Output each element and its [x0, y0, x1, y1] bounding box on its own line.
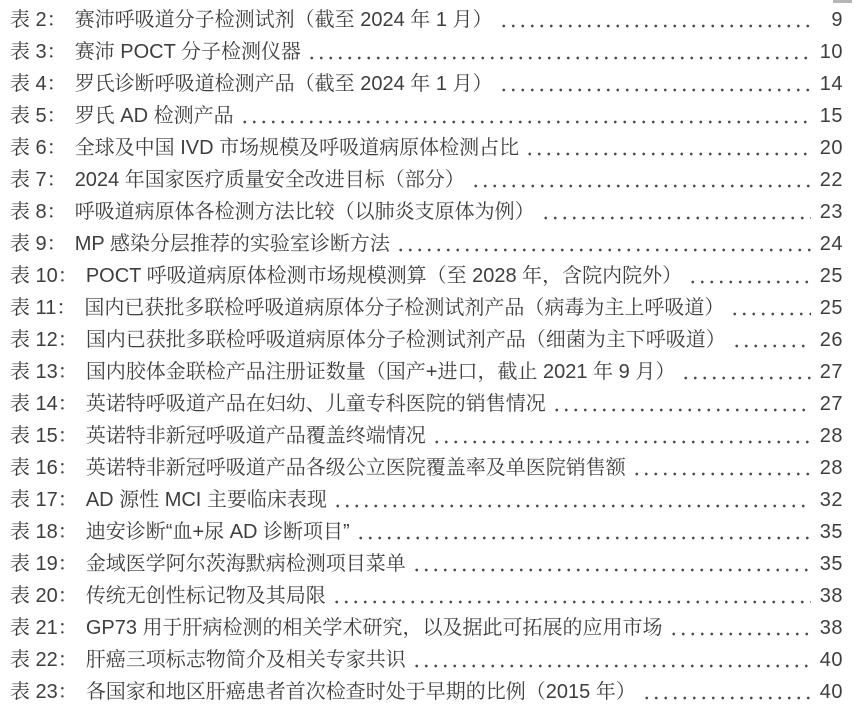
toc-entry[interactable]: 表 16： 英诺特非新冠呼吸道产品各级公立医院覆盖率及单医院销售额 28	[10, 452, 843, 484]
toc-entry-label: 表 23：	[10, 676, 78, 708]
toc-entry-label: 表 22：	[10, 644, 78, 676]
toc-entry-label: 表 12：	[10, 324, 78, 356]
toc-entry-label: 表 14：	[10, 388, 78, 420]
toc-entry[interactable]: 表 18： 迪安诊断“血+尿 AD 诊断项目” 35	[10, 516, 843, 548]
toc-entry-title: 2024 年国家医疗质量安全改进目标（部分）	[75, 164, 465, 196]
toc-entry-page: 14	[819, 68, 843, 100]
toc-entry-label: 表 20：	[10, 580, 78, 612]
toc-entry-page: 28	[819, 452, 843, 484]
toc-entry-title: 金域医学阿尔茨海默病检测项目菜单	[86, 548, 406, 580]
dot-leader	[240, 100, 811, 132]
toc-entry[interactable]: 表 19： 金域医学阿尔茨海默病检测项目菜单 35	[10, 548, 843, 580]
dot-leader	[333, 484, 811, 516]
toc-entry-page: 25	[819, 260, 843, 292]
toc-entry-page: 25	[819, 292, 843, 324]
toc-entry-label: 表 6：	[10, 132, 67, 164]
toc-entry-title: 英诺特非新冠呼吸道产品覆盖终端情况	[86, 420, 426, 452]
toc-entry-label: 表 18：	[10, 516, 78, 548]
dot-leader	[525, 132, 811, 164]
table-of-contents-list: 表 2： 赛沛呼吸道分子检测试剂（截至 2024 年 1 月） 9 表 3： 赛…	[10, 4, 843, 708]
toc-entry[interactable]: 表 20： 传统无创性标记物及其局限 38	[10, 580, 843, 612]
dot-leader	[688, 260, 811, 292]
toc-entry-label: 表 15：	[10, 420, 78, 452]
toc-entry-title: 肝癌三项标志物简介及相关专家共识	[86, 644, 406, 676]
toc-entry-title: GP73 用于肝病检测的相关学术研究，以及据此可拓展的应用市场	[86, 612, 663, 644]
toc-entry-title: 传统无创性标记物及其局限	[86, 580, 326, 612]
dot-leader	[552, 388, 811, 420]
dot-leader	[412, 644, 811, 676]
toc-entry[interactable]: 表 10： POCT 呼吸道病原体检测市场规模测算（至 2028 年，含院内院外…	[10, 260, 843, 292]
dot-leader	[396, 228, 811, 260]
dot-leader	[307, 36, 811, 68]
toc-entry-page: 38	[819, 612, 843, 644]
toc-entry-title: 国内胶体金联检产品注册证数量（国产+进口，截止 2021 年 9 月）	[86, 356, 676, 388]
dot-leader	[642, 676, 811, 708]
toc-entry-title: 罗氏 AD 检测产品	[75, 100, 234, 132]
dot-leader	[471, 164, 811, 196]
dot-leader	[732, 324, 811, 356]
toc-entry-label: 表 11：	[10, 292, 76, 324]
toc-entry-page: 26	[819, 324, 843, 356]
toc-entry-label: 表 21：	[10, 612, 78, 644]
toc-entry-title: AD 源性 MCI 主要临床表现	[86, 484, 327, 516]
scrollbar-thumb[interactable]	[833, 0, 852, 3]
toc-entry-page: 23	[819, 196, 843, 228]
toc-entry-title: 罗氏诊断呼吸道检测产品（截至 2024 年 1 月）	[75, 68, 493, 100]
toc-entry[interactable]: 表 11： 国内已获批多联检呼吸道病原体分子检测试剂产品（病毒为主上呼吸道） 2…	[10, 292, 843, 324]
toc-entry-label: 表 16：	[10, 452, 78, 484]
dot-leader	[412, 548, 811, 580]
toc-entry[interactable]: 表 5： 罗氏 AD 检测产品 15	[10, 100, 843, 132]
dot-leader	[541, 196, 811, 228]
toc-entry-page: 9	[819, 4, 843, 36]
toc-entry-label: 表 17：	[10, 484, 78, 516]
toc-entry[interactable]: 表 13： 国内胶体金联检产品注册证数量（国产+进口，截止 2021 年 9 月…	[10, 356, 843, 388]
toc-entry-page: 35	[819, 548, 843, 580]
toc-entry-page: 28	[819, 420, 843, 452]
toc-entry-label: 表 2：	[10, 4, 67, 36]
toc-entry-label: 表 8：	[10, 196, 67, 228]
dot-leader	[681, 356, 811, 388]
toc-entry-title: MP 感染分层推荐的实验室诊断方法	[75, 228, 390, 260]
toc-entry[interactable]: 表 4： 罗氏诊断呼吸道检测产品（截至 2024 年 1 月） 14	[10, 68, 843, 100]
dot-leader	[356, 516, 811, 548]
toc-entry-page: 40	[819, 676, 843, 708]
toc-entry-title: 呼吸道病原体各检测方法比较（以肺炎支原体为例）	[75, 196, 535, 228]
dot-leader	[730, 292, 811, 324]
toc-entry-page: 10	[819, 36, 843, 68]
toc-entry-page: 32	[819, 484, 843, 516]
toc-entry-label: 表 7：	[10, 164, 67, 196]
toc-entry[interactable]: 表 17： AD 源性 MCI 主要临床表现 32	[10, 484, 843, 516]
dot-leader	[332, 580, 811, 612]
toc-entry[interactable]: 表 9： MP 感染分层推荐的实验室诊断方法 24	[10, 228, 843, 260]
toc-entry-label: 表 19：	[10, 548, 78, 580]
toc-entry-page: 35	[819, 516, 843, 548]
toc-entry-page: 22	[819, 164, 843, 196]
toc-entry[interactable]: 表 22： 肝癌三项标志物简介及相关专家共识 40	[10, 644, 843, 676]
toc-entry[interactable]: 表 8： 呼吸道病原体各检测方法比较（以肺炎支原体为例） 23	[10, 196, 843, 228]
dot-leader	[669, 612, 811, 644]
toc-entry-page: 27	[819, 388, 843, 420]
toc-entry-page: 20	[819, 132, 843, 164]
toc-entry-label: 表 5：	[10, 100, 67, 132]
toc-entry[interactable]: 表 23： 各国家和地区肝癌患者首次检查时处于早期的比例（2015 年） 40	[10, 676, 843, 708]
toc-entry[interactable]: 表 15： 英诺特非新冠呼吸道产品覆盖终端情况 28	[10, 420, 843, 452]
toc-entry-title: POCT 呼吸道病原体检测市场规模测算（至 2028 年，含院内院外）	[86, 260, 682, 292]
toc-entry-title: 各国家和地区肝癌患者首次检查时处于早期的比例（2015 年）	[86, 676, 636, 708]
toc-entry-title: 迪安诊断“血+尿 AD 诊断项目”	[86, 516, 350, 548]
dot-leader	[499, 68, 811, 100]
toc-entry-page: 24	[819, 228, 843, 260]
toc-entry[interactable]: 表 21： GP73 用于肝病检测的相关学术研究，以及据此可拓展的应用市场 38	[10, 612, 843, 644]
toc-entry-title: 英诺特非新冠呼吸道产品各级公立医院覆盖率及单医院销售额	[86, 452, 626, 484]
toc-entry[interactable]: 表 3： 赛沛 POCT 分子检测仪器 10	[10, 36, 843, 68]
dot-leader	[432, 420, 811, 452]
toc-entry-label: 表 10：	[10, 260, 78, 292]
toc-entry-page: 15	[819, 100, 843, 132]
toc-entry[interactable]: 表 12： 国内已获批多联检呼吸道病原体分子检测试剂产品（细菌为主下呼吸道） 2…	[10, 324, 843, 356]
toc-entry-page: 38	[819, 580, 843, 612]
toc-entry[interactable]: 表 14： 英诺特呼吸道产品在妇幼、儿童专科医院的销售情况 27	[10, 388, 843, 420]
toc-entry-label: 表 13：	[10, 356, 78, 388]
toc-entry-page: 40	[819, 644, 843, 676]
toc-entry-title: 国内已获批多联检呼吸道病原体分子检测试剂产品（细菌为主下呼吸道）	[86, 324, 726, 356]
toc-entry-title: 赛沛呼吸道分子检测试剂（截至 2024 年 1 月）	[75, 4, 493, 36]
toc-entry-title: 赛沛 POCT 分子检测仪器	[75, 36, 301, 68]
toc-entry-title: 国内已获批多联检呼吸道病原体分子检测试剂产品（病毒为主上呼吸道）	[84, 292, 724, 324]
toc-entry-label: 表 3：	[10, 36, 67, 68]
dot-leader	[632, 452, 811, 484]
toc-entry[interactable]: 表 2： 赛沛呼吸道分子检测试剂（截至 2024 年 1 月） 9	[10, 4, 843, 36]
toc-entry[interactable]: 表 6： 全球及中国 IVD 市场规模及呼吸道病原体检测占比 20	[10, 132, 843, 164]
dot-leader	[499, 4, 811, 36]
toc-entry-title: 英诺特呼吸道产品在妇幼、儿童专科医院的销售情况	[86, 388, 546, 420]
toc-entry-page: 27	[819, 356, 843, 388]
toc-entry[interactable]: 表 7： 2024 年国家医疗质量安全改进目标（部分） 22	[10, 164, 843, 196]
toc-entry-title: 全球及中国 IVD 市场规模及呼吸道病原体检测占比	[75, 132, 519, 164]
toc-entry-label: 表 4：	[10, 68, 67, 100]
toc-entry-label: 表 9：	[10, 228, 67, 260]
